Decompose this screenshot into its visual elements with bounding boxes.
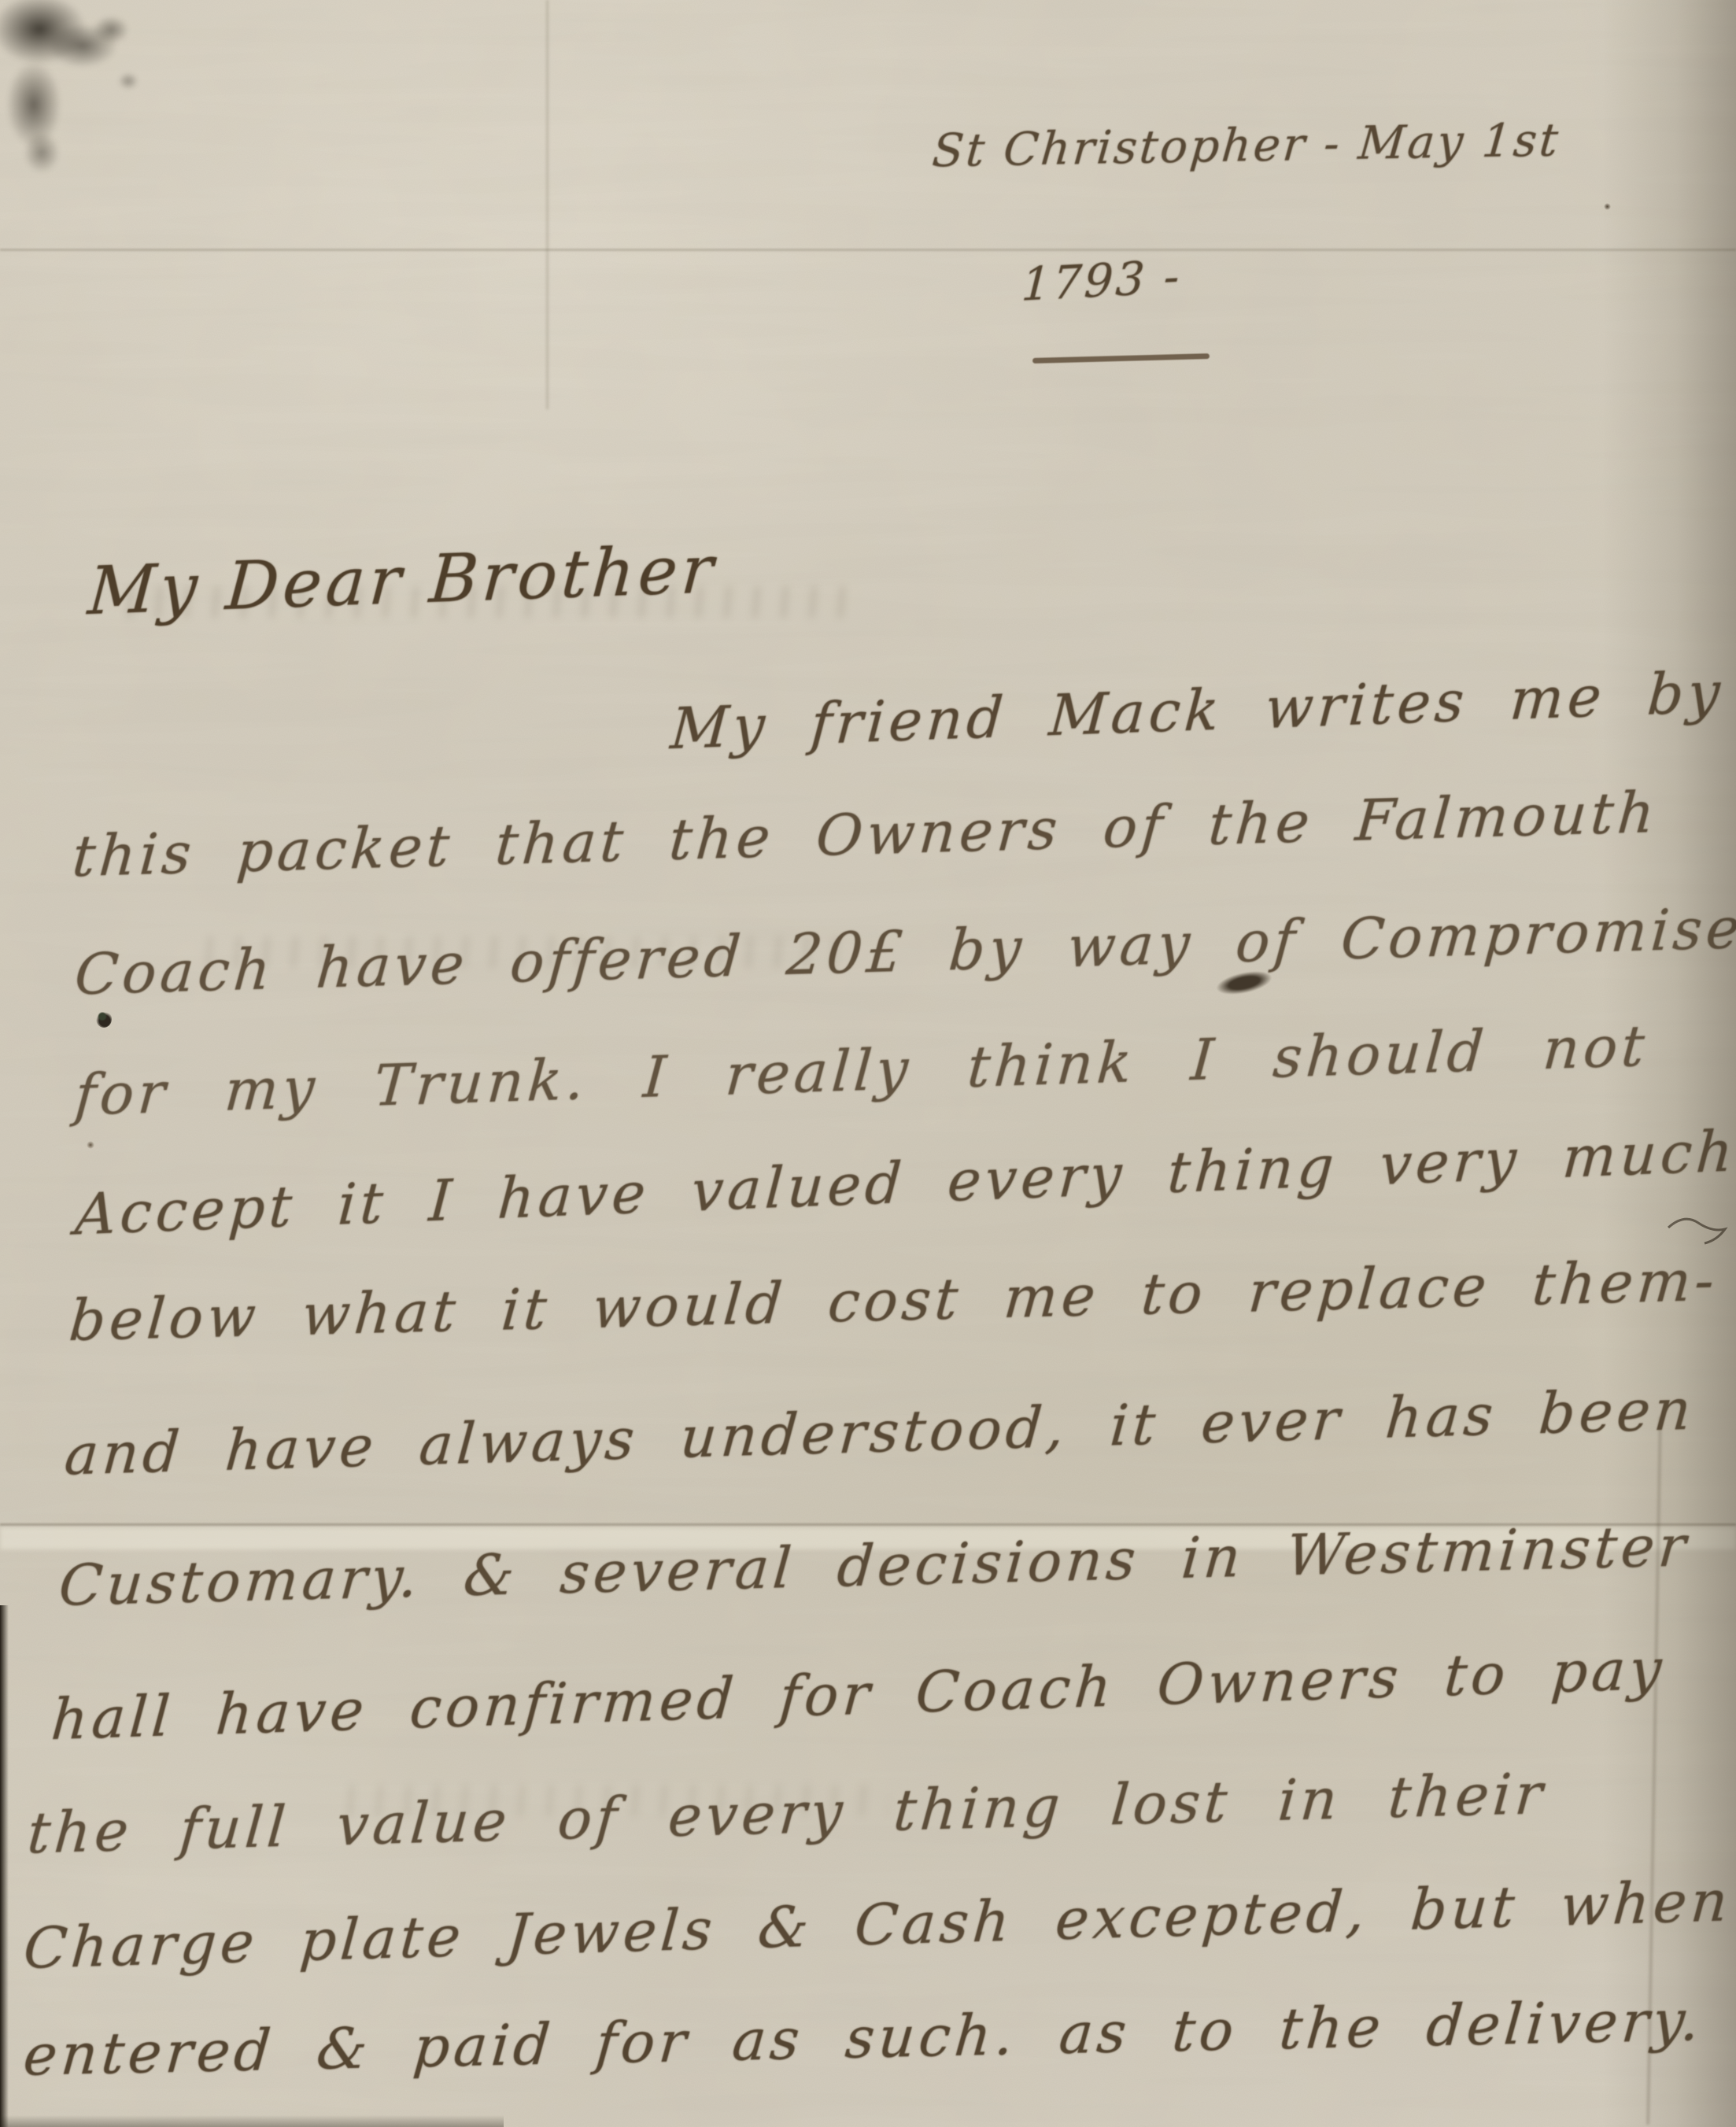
right-edge-shadow bbox=[1602, 0, 1736, 2127]
ink-spot-green bbox=[96, 1010, 112, 1028]
vertical-crease-top bbox=[546, 0, 549, 409]
fold-crease-upper bbox=[0, 249, 1736, 251]
letter-page: St Christopher - May 1st 1793 - My Dear … bbox=[0, 0, 1736, 2127]
ink-spot-small bbox=[87, 1141, 94, 1149]
dateline-year: 1793 - bbox=[1020, 249, 1183, 312]
left-scan-edge bbox=[0, 1605, 9, 2127]
bottom-scan-edge bbox=[0, 2115, 504, 2127]
dateline-place-date: St Christopher - May 1st bbox=[930, 113, 1562, 177]
